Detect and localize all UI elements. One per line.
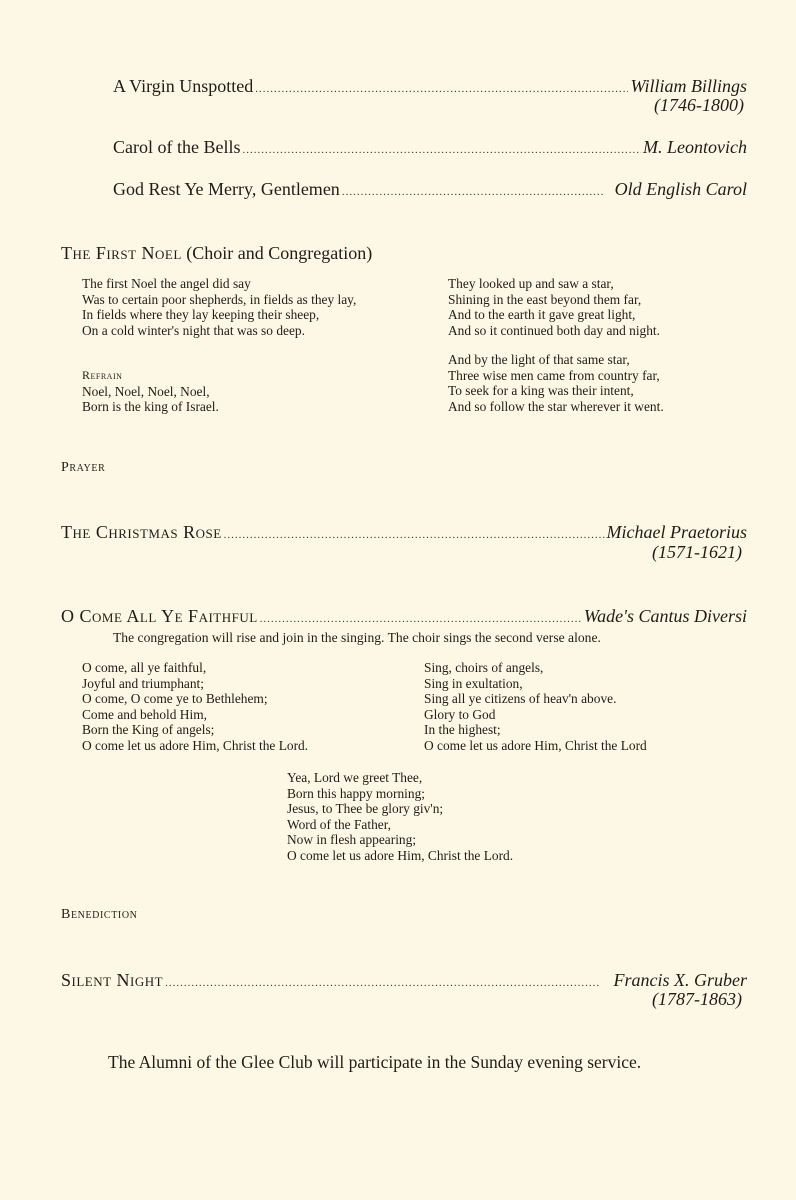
first-noel-heading: The First Noel (Choir and Congregation) <box>61 243 372 264</box>
composer-dates: (1571-1621) <box>652 542 742 563</box>
program-entry-christmas-rose: The Christmas Rose .....................… <box>61 522 747 543</box>
lyric-line: Sing all ye citizens of heav'n above. <box>424 691 647 707</box>
lyric-line: And by the light of that same star, <box>448 352 664 368</box>
prayer-heading: Prayer <box>61 460 105 476</box>
composer-name: Old English Carol <box>615 179 747 200</box>
lyric-line: They looked up and saw a star, <box>448 276 660 292</box>
lyric-line: O come let us adore Him, Christ the Lord… <box>82 738 308 754</box>
lyric-line: Come and behold Him, <box>82 707 308 723</box>
composer-dates: (1746-1800) <box>654 95 744 116</box>
lyric-line: Sing in exultation, <box>424 676 647 692</box>
o-come-note: The congregation will rise and join in t… <box>113 630 601 646</box>
o-come-verse-1: O come, all ye faithful, Joyful and triu… <box>82 660 308 754</box>
first-noel-refrain: Refrain Noel, Noel, Noel, Noel, Born is … <box>82 368 219 415</box>
composer-name: Michael Praetorius <box>607 522 747 543</box>
first-noel-title: The First Noel <box>61 243 182 263</box>
piece-title: Carol of the Bells <box>113 137 240 158</box>
dot-leader: ........................................… <box>242 144 641 156</box>
benediction-heading: Benediction <box>61 907 137 923</box>
lyric-line: In the highest; <box>424 722 647 738</box>
composer-name: M. Leontovich <box>643 137 747 158</box>
piece-title: The Christmas Rose <box>61 522 222 543</box>
lyric-line: In fields where they lay keeping their s… <box>82 307 356 323</box>
lyric-line: And so follow the star wherever it went. <box>448 399 664 415</box>
composer-name: William Billings <box>630 76 747 97</box>
program-entry-carol-of-the-bells: Carol of the Bells .....................… <box>113 137 747 158</box>
lyric-line: Now in flesh appearing; <box>287 832 513 848</box>
lyric-line: Was to certain poor shepherds, in fields… <box>82 292 356 308</box>
lyric-line: O come, all ye faithful, <box>82 660 308 676</box>
dot-leader: ........................................… <box>342 186 603 198</box>
lyric-line: Glory to God <box>424 707 647 723</box>
dot-leader: ........................................… <box>224 529 605 541</box>
piece-title: O Come All Ye Faithful <box>61 606 258 627</box>
lyric-line: And so it continued both day and night. <box>448 323 660 339</box>
program-entry-god-rest-ye: God Rest Ye Merry, Gentlemen ...........… <box>113 179 747 200</box>
lyric-line: Shining in the east beyond them far, <box>448 292 660 308</box>
o-come-verse-2: Sing, choirs of angels, Sing in exultati… <box>424 660 647 754</box>
piece-title: Silent Night <box>61 970 163 991</box>
o-come-verse-3: Yea, Lord we greet Thee, Born this happy… <box>287 770 513 864</box>
lyric-line: O come, O come ye to Bethlehem; <box>82 691 308 707</box>
lyric-line: Born the King of angels; <box>82 722 308 738</box>
lyric-line: To seek for a king was their intent, <box>448 383 664 399</box>
program-entry-silent-night: Silent Night ...........................… <box>61 970 747 991</box>
piece-title: A Virgin Unspotted <box>113 76 253 97</box>
lyric-line: Sing, choirs of angels, <box>424 660 647 676</box>
lyric-line: Jesus, to Thee be glory giv'n; <box>287 801 513 817</box>
first-noel-verse-1: The first Noel the angel did say Was to … <box>82 276 356 338</box>
lyric-line: Word of the Father, <box>287 817 513 833</box>
dot-leader: ........................................… <box>255 83 628 95</box>
lyric-line: Three wise men came from country far, <box>448 368 664 384</box>
first-noel-verse-3: And by the light of that same star, Thre… <box>448 352 664 414</box>
dot-leader: ........................................… <box>165 977 599 989</box>
first-noel-note: (Choir and Congregation) <box>186 243 372 263</box>
refrain-label: Refrain <box>82 368 219 384</box>
program-entry-virgin-unspotted: A Virgin Unspotted .....................… <box>113 76 747 97</box>
composer-dates: (1787-1863) <box>652 989 742 1010</box>
lyric-line: On a cold winter's night that was so dee… <box>82 323 356 339</box>
lyric-line: O come let us adore Him, Christ the Lord… <box>287 848 513 864</box>
lyric-line: Born this happy morning; <box>287 786 513 802</box>
first-noel-verse-2: They looked up and saw a star, Shining i… <box>448 276 660 338</box>
lyric-line: Noel, Noel, Noel, Noel, <box>82 384 219 400</box>
lyric-line: And to the earth it gave great light, <box>448 307 660 323</box>
lyric-line: Yea, Lord we greet Thee, <box>287 770 513 786</box>
lyric-line: Born is the king of Israel. <box>82 399 219 415</box>
composer-name: Wade's Cantus Diversi <box>584 606 747 627</box>
program-entry-o-come: O Come All Ye Faithful .................… <box>61 606 747 627</box>
lyric-line: Joyful and triumphant; <box>82 676 308 692</box>
piece-title: God Rest Ye Merry, Gentlemen <box>113 179 340 200</box>
dot-leader: ........................................… <box>260 613 582 625</box>
footer-note: The Alumni of the Glee Club will partici… <box>108 1052 641 1073</box>
lyric-line: The first Noel the angel did say <box>82 276 356 292</box>
composer-name: Francis X. Gruber <box>614 970 748 991</box>
lyric-line: O come let us adore Him, Christ the Lord <box>424 738 647 754</box>
